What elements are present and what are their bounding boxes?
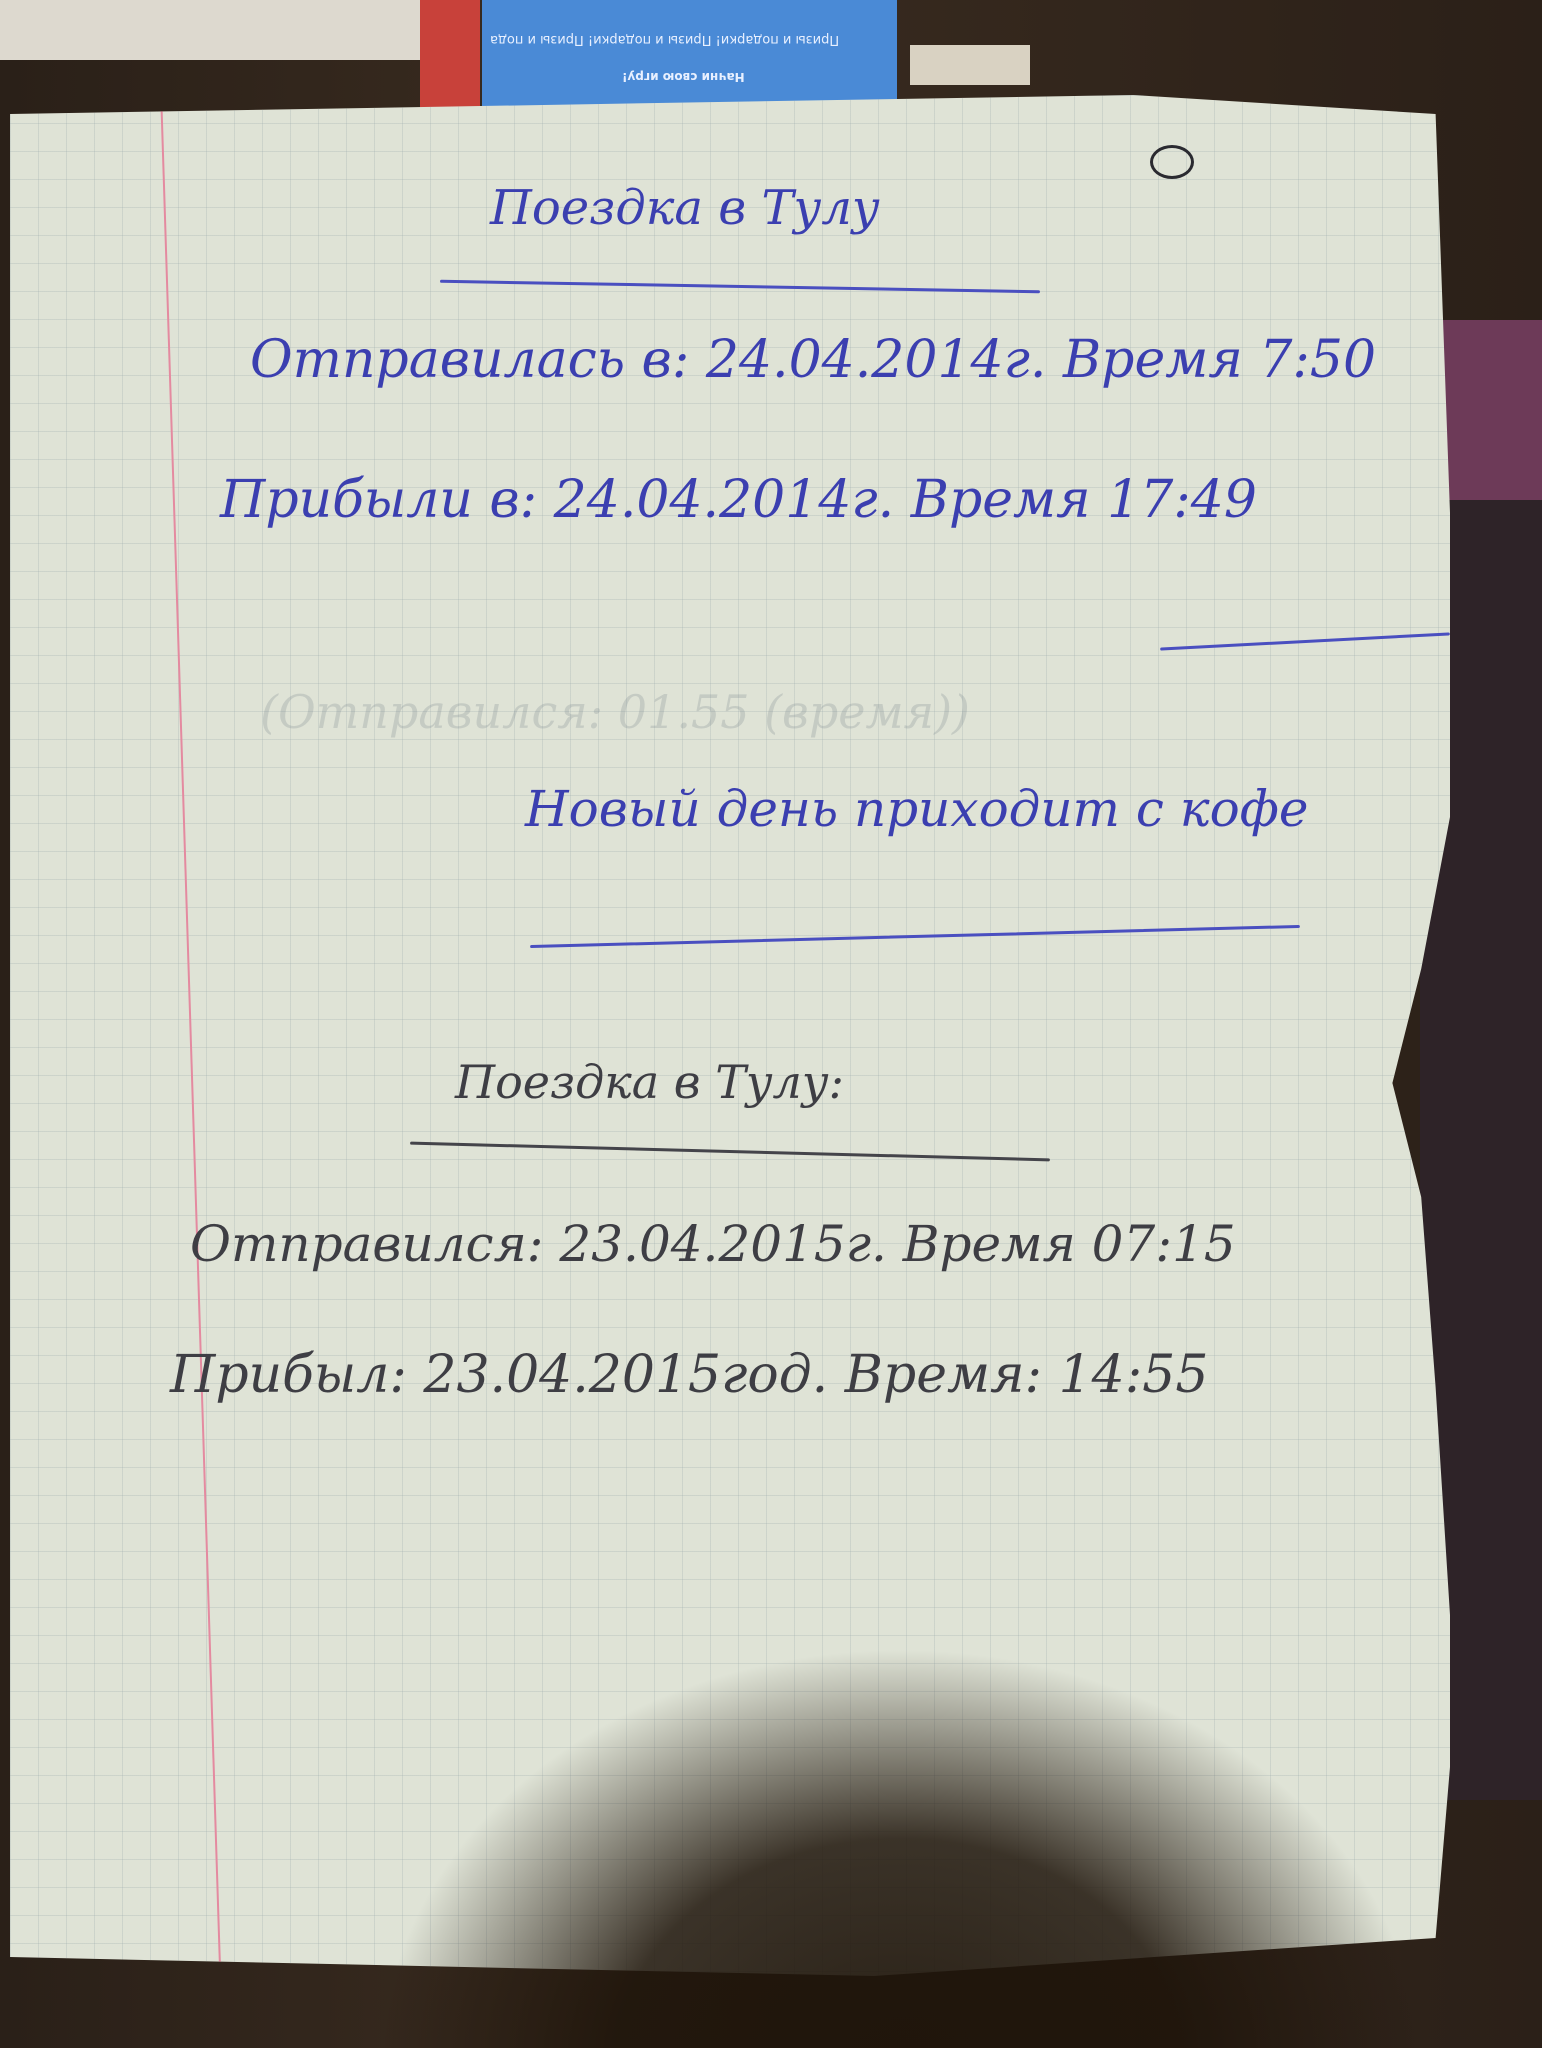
entry-1-title: Поездка в Тулу [490,180,880,236]
departure-time: 7:50 [1259,330,1376,390]
snack-pack-promo-text: Призы и подарки! Призы и подарки! Призы … [490,32,839,47]
departure-time-label: Время [903,1215,1076,1273]
departure-label: Отправилась в: [250,330,689,390]
bleed-through-text: (Отправился: 01.55 (время)) [260,685,970,739]
arrival-time-label: Время [911,470,1091,530]
arrival-time: 17:49 [1107,470,1257,530]
entry-2-arrival: Прибыл: 23.04.2015год. Время: 14:55 [170,1345,1208,1405]
remark-text: Новый день приходит с кофе [525,780,1308,838]
price-label [910,45,1030,85]
entry-1-arrival: Прибыли в: 24.04.2014г. Время 17:49 [220,470,1257,530]
departure-time: 07:15 [1092,1215,1236,1273]
arrival-date: 23.04.2015год. [423,1345,828,1405]
arrival-date: 24.04.2014г. [554,470,895,530]
departure-date: 24.04.2014г. [706,330,1047,390]
entry-2-departure: Отправился: 23.04.2015г. Время 07:15 [190,1215,1236,1273]
departure-label: Отправился: [190,1215,544,1273]
snack-pack-call-text: Начни свою игру! [622,70,745,84]
arrival-label: Прибыл: [170,1345,407,1405]
arrival-label: Прибыли в: [220,470,537,530]
departure-time-label: Время [1063,330,1243,390]
departure-date: 23.04.2015г. [559,1215,886,1273]
scribble-mark [1150,145,1194,179]
entry-1-departure: Отправилась в: 24.04.2014г. Время 7:50 [250,330,1376,390]
margin-line [160,95,222,1995]
background-paper [0,0,420,60]
arrival-time-label: Время: [845,1345,1042,1405]
entry-2-title: Поездка в Тулу: [455,1055,844,1109]
arrival-time: 14:55 [1059,1345,1209,1405]
red-box [420,0,480,120]
pink-cloth [1440,320,1542,500]
